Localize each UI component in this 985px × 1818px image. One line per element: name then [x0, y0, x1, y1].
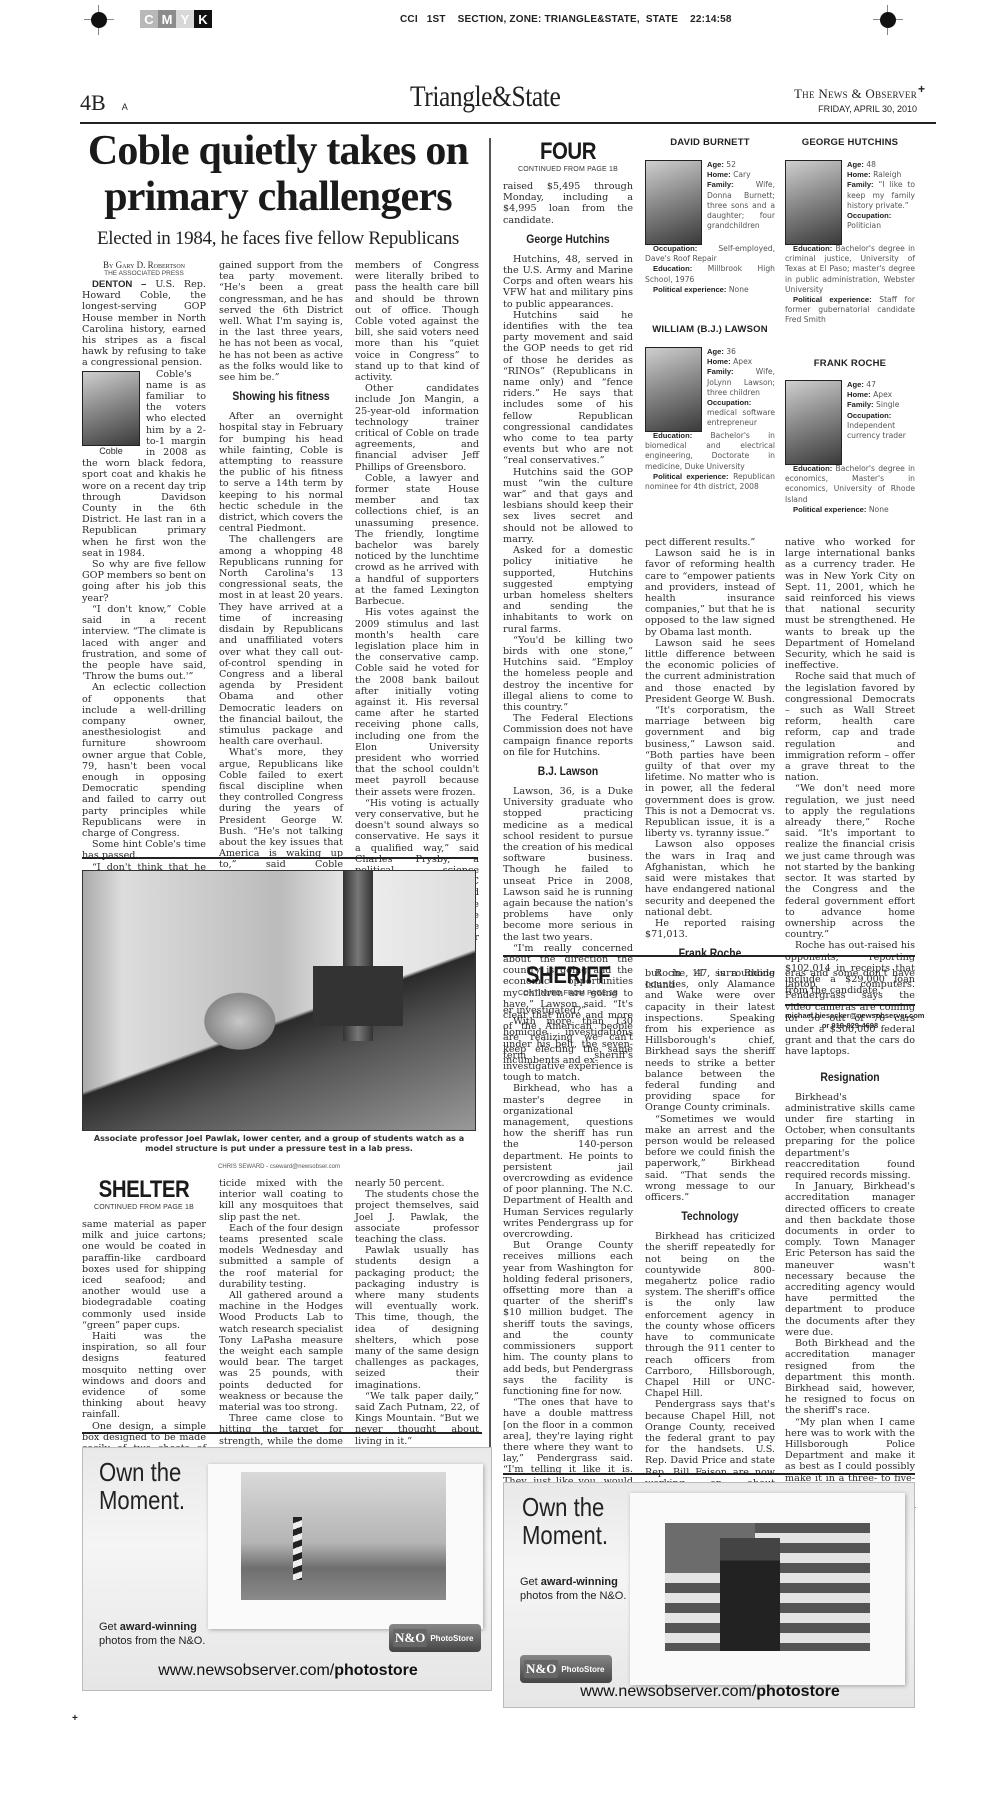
byline-agency: THE ASSOCIATED PRESS — [82, 270, 206, 277]
coble-photo — [82, 371, 140, 446]
coble-photo-caption: Coble — [82, 446, 140, 456]
ad-title: Own theMoment. — [522, 1493, 608, 1549]
paper-name: The News & Observer — [794, 86, 917, 102]
coble-col-3: members of Congress were literally bribe… — [355, 260, 479, 955]
sheriff-col-1: SHERIFF CONTINUED FROM PAGE 1B er invest… — [503, 962, 633, 1554]
shelter-jump-head: SHELTER — [91, 1176, 196, 1204]
byline: By Gary D. Robertson — [82, 260, 206, 270]
cmyk-k: K — [194, 10, 212, 28]
coble-col-2: gained support from the tea party moveme… — [219, 260, 343, 971]
bio-george-hutchins: Age: 48 Home: Raleigh Family: “I like to… — [785, 160, 915, 326]
coble-headline: Coble quietly takes on primary challenge… — [82, 128, 474, 220]
publication-date: FRIDAY, APRIL 30, 2010 — [818, 104, 917, 114]
photostore-ad-left[interactable]: Own theMoment. Get award-winningphotos f… — [82, 1447, 492, 1691]
shelter-col-2: ticide mixed with the interior wall coat… — [219, 1178, 343, 1458]
crop-mark-plus: + — [72, 1713, 78, 1724]
section-title: Triangle&State — [410, 80, 560, 114]
speaker-silhouette — [720, 1538, 780, 1651]
ad-subtext: Get award-winningphotos from the N&O. — [520, 1575, 626, 1603]
four-continued: CONTINUED FROM PAGE 1B — [503, 166, 633, 173]
subhead-showing-fitness: Showing his fitness — [225, 391, 337, 403]
bio-frank-roche: Age: 47 Home: Apex Family: Single Occupa… — [785, 380, 915, 515]
subhead-george-hutchins: George Hutchins — [510, 234, 627, 246]
subhead-technology: Technology — [652, 1211, 769, 1223]
sheriff-jump-head: SHERIFF — [513, 962, 624, 990]
flag-speaker-photo — [665, 1523, 870, 1651]
bio-name-frank-roche: FRANK ROCHE — [785, 358, 915, 369]
page-number: 4B — [80, 90, 106, 115]
photo-caption: Associate professor Joel Pawlak, lower c… — [82, 1134, 476, 1154]
coble-col-1: By Gary D. Robertson THE ASSOCIATED PRES… — [82, 260, 206, 929]
ad-subtext: Get award-winningphotos from the N&O. — [99, 1620, 205, 1648]
four-col-3: native who worked for large internationa… — [785, 537, 915, 1031]
coble-bottom-rule — [82, 857, 478, 859]
print-slug: CCI 1ST SECTION, ZONE: TRIANGLE&STATE, S… — [400, 14, 732, 25]
ad-photo-frame — [208, 1464, 483, 1629]
ad-title: Own theMoment. — [99, 1458, 185, 1514]
page-folio: 4BA — [80, 90, 128, 116]
coble-deck: Elected in 1984, he faces five fellow Re… — [82, 228, 474, 250]
cmyk-m: M — [158, 10, 176, 28]
press-head — [313, 966, 403, 1026]
bio-name-george-hutchins: GEORGE HUTCHINS — [785, 137, 915, 148]
sheriff-bottom-rule — [503, 1473, 915, 1475]
four-bottom-rule — [503, 955, 915, 957]
photostore-logo: N&OPhotoStore — [389, 1624, 481, 1652]
right-section-vertical-rule — [489, 138, 491, 1456]
cmyk-y: Y — [176, 10, 194, 28]
ad-url[interactable]: www.newsobserver.com/photostore — [504, 1683, 915, 1701]
subhead-resignation: Resignation — [792, 1072, 909, 1084]
registration-mark-right-icon — [873, 5, 903, 35]
bio-david-burnett: Age: 52 Home: Cary Family: Wife, Donna B… — [645, 160, 775, 295]
coble-mugshot-block: Coble — [82, 371, 140, 456]
shelter-col-3: nearly 50 percent. The students chose th… — [355, 1178, 479, 1482]
photostore-logo: N&OPhotoStore — [520, 1655, 612, 1683]
four-jump-head: FOUR — [513, 138, 624, 166]
bio-name-david-burnett: DAVID BURNETT — [645, 137, 775, 148]
ad-photo-frame — [630, 1493, 905, 1685]
shelter-bottom-rule — [82, 1432, 482, 1434]
photostore-ad-right[interactable]: Own theMoment. Get award-winningphotos f… — [503, 1482, 915, 1708]
registration-mark-left-icon — [84, 5, 114, 35]
shelter-continued: CONTINUED FROM PAGE 1B — [82, 1204, 206, 1211]
lighthouse-icon — [293, 1517, 302, 1580]
sheriff-continued: CONTINUED FROM PAGE 1B — [503, 990, 633, 997]
lighthouse-photo — [241, 1472, 446, 1600]
masthead-rule — [80, 122, 936, 124]
dateline: DENTON – — [92, 279, 146, 290]
edition-marker: A — [122, 102, 128, 112]
cmyk-c: C — [140, 10, 158, 28]
shelter-col-1: SHELTER CONTINUED FROM PAGE 1B same mate… — [82, 1176, 206, 1488]
ad-url[interactable]: www.newsobserver.com/photostore — [83, 1662, 492, 1680]
bio-bj-lawson: Age: 36 Home: Apex Family: Wife, JoLynn … — [645, 347, 775, 492]
lab-press-photo — [82, 870, 476, 1131]
four-col-1: FOUR CONTINUED FROM PAGE 1B raised $5,49… — [503, 138, 633, 1066]
photo-credit: CHRIS SEWARD - cseward@newsobser.com — [82, 1164, 476, 1170]
subhead-bj-lawson: B.J. Lawson — [510, 766, 627, 778]
bio-name-bj-lawson: WILLIAM (B.J.) LAWSON — [645, 324, 775, 335]
plus-mark: + — [918, 82, 925, 96]
cmyk-color-bar: C M Y K — [140, 10, 212, 28]
four-col-2: pect different results.” Lawson said he … — [645, 537, 775, 991]
